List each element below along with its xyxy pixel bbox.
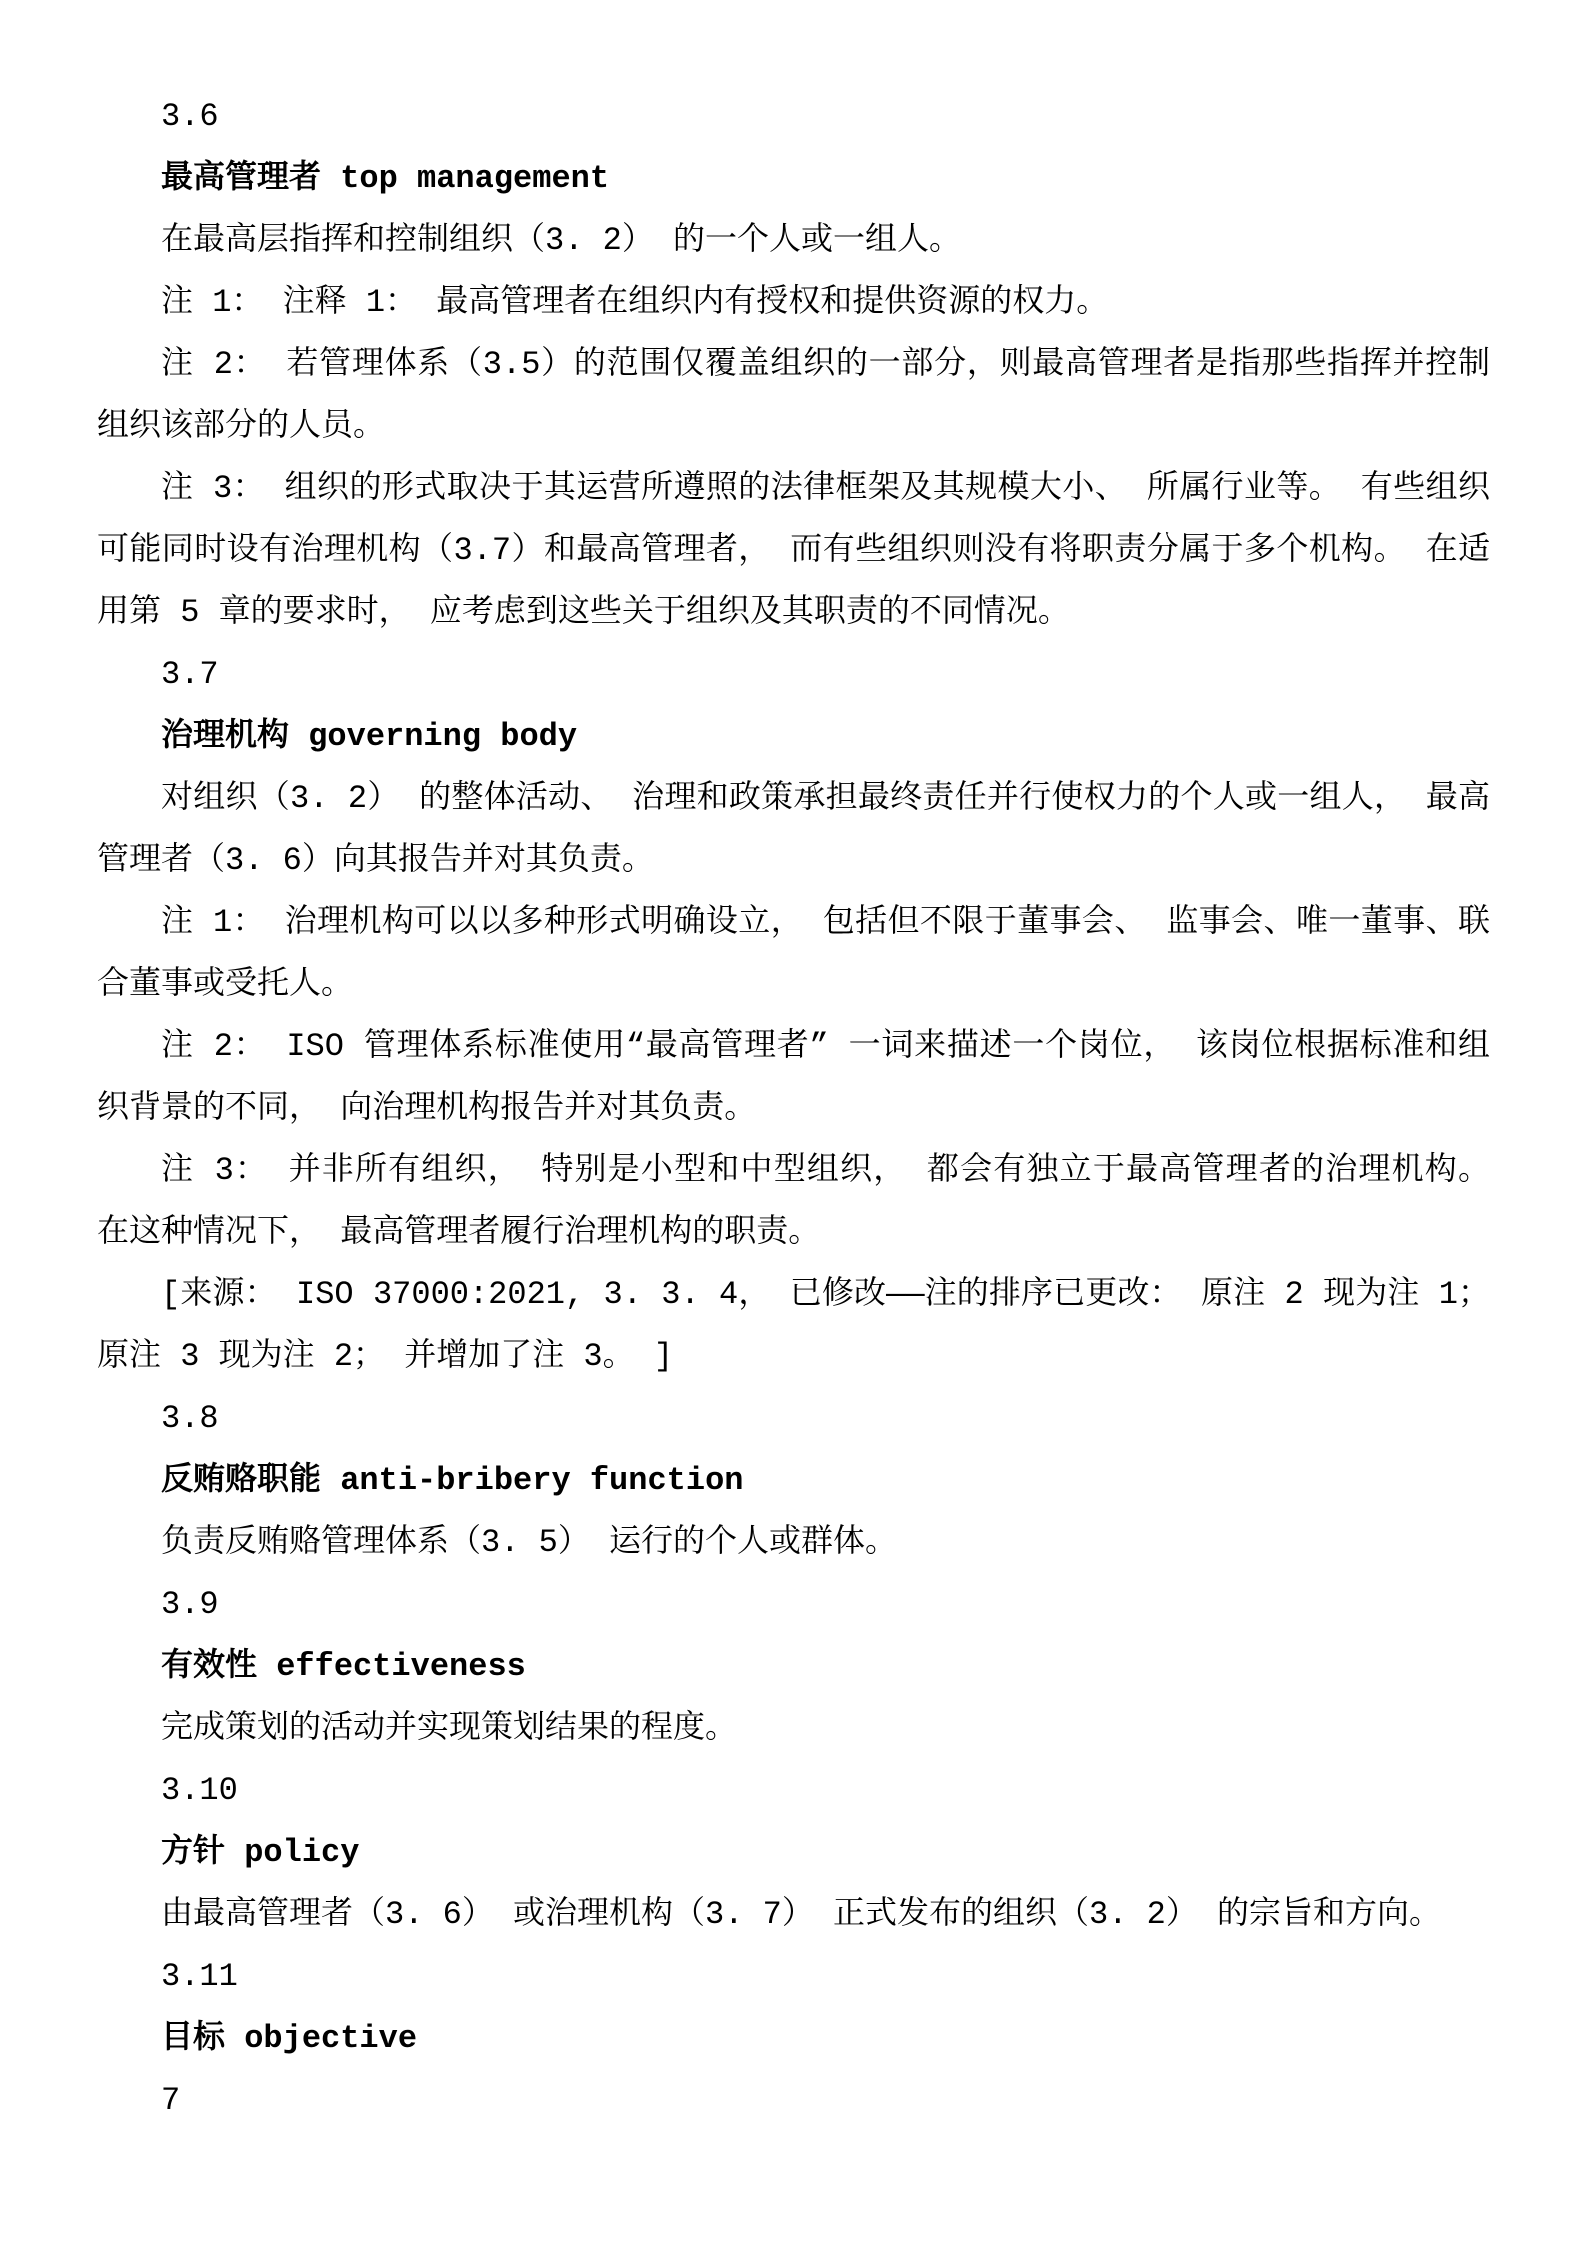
paragraph-body: 由最高管理者（3. 6） 或治理机构（3. 7） 正式发布的组织（3. 2） 的… xyxy=(97,1884,1490,1946)
paragraph-body: 在最高层指挥和控制组织（3. 2） 的一个人或一组人。 xyxy=(97,210,1490,272)
paragraph-body: 注 3： 组织的形式取决于其运营所遵照的法律框架及其规模大小、 所属行业等。 有… xyxy=(97,458,1490,644)
paragraph-term: 有效性 effectiveness xyxy=(97,1636,1490,1698)
paragraph-number: 3.7 xyxy=(97,644,1490,706)
paragraph-term: 反贿赂职能 anti-bribery function xyxy=(97,1450,1490,1512)
paragraph-body: 完成策划的活动并实现策划结果的程度。 xyxy=(97,1698,1490,1760)
paragraph-body: 注 1： 注释 1： 最高管理者在组织内有授权和提供资源的权力。 xyxy=(97,272,1490,334)
paragraph-term: 最高管理者 top management xyxy=(97,148,1490,210)
paragraph-number: 3.8 xyxy=(97,1388,1490,1450)
paragraph-term: 方针 policy xyxy=(97,1822,1490,1884)
paragraph-body: 注 1： 治理机构可以以多种形式明确设立， 包括但不限于董事会、 监事会、唯一董… xyxy=(97,892,1490,1016)
paragraph-term: 目标 objective xyxy=(97,2008,1490,2070)
page-number: 7 xyxy=(97,2070,1490,2132)
document-page: 3.6最高管理者 top management在最高层指挥和控制组织（3. 2）… xyxy=(0,0,1587,2245)
terms-and-definitions-section: 3.6最高管理者 top management在最高层指挥和控制组织（3. 2）… xyxy=(97,86,1490,2070)
paragraph-body: 注 2： ISO 管理体系标准使用“最高管理者” 一词来描述一个岗位， 该岗位根… xyxy=(97,1016,1490,1140)
paragraph-number: 3.10 xyxy=(97,1760,1490,1822)
paragraph-body: 注 2： 若管理体系（3.5）的范围仅覆盖组织的一部分，则最高管理者是指那些指挥… xyxy=(97,334,1490,458)
paragraph-body: [来源： ISO 37000:2021, 3. 3. 4， 已修改——注的排序已… xyxy=(97,1264,1490,1388)
paragraph-body: 对组织（3. 2） 的整体活动、 治理和政策承担最终责任并行使权力的个人或一组人… xyxy=(97,768,1490,892)
paragraph-body: 负责反贿赂管理体系（3. 5） 运行的个人或群体。 xyxy=(97,1512,1490,1574)
document-body: 3.6最高管理者 top management在最高层指挥和控制组织（3. 2）… xyxy=(97,86,1490,2132)
paragraph-number: 3.6 xyxy=(97,86,1490,148)
paragraph-term: 治理机构 governing body xyxy=(97,706,1490,768)
paragraph-number: 3.9 xyxy=(97,1574,1490,1636)
paragraph-body: 注 3： 并非所有组织， 特别是小型和中型组织， 都会有独立于最高管理者的治理机… xyxy=(97,1140,1490,1264)
paragraph-number: 3.11 xyxy=(97,1946,1490,2008)
